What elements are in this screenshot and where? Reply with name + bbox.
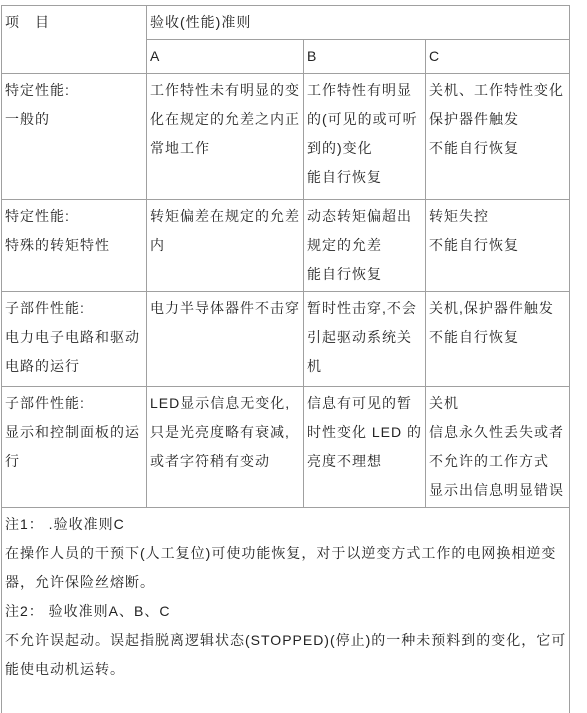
acceptance-criteria-table: 项 目 验收(性能)准则 A B C 特定性能: <box>1 5 570 713</box>
row-label-line: 特殊的转矩特性 <box>5 231 144 260</box>
criteria-c-cell: 关机,保护器件触发 不能自行恢复 <box>426 292 570 387</box>
criteria-b-cell: 动态转矩偏超出规定的允差 能自行恢复 <box>304 200 426 292</box>
note-title: 注2： 验收准则A、B、C <box>5 597 567 626</box>
table-row-subcomponent-power: 子部件性能: 电力电子电路和驱动电路的运行 电力半导体器件不击穿 暂时性击穿,不… <box>2 292 570 387</box>
criteria-text: 电力半导体器件不击穿 <box>150 294 301 323</box>
row-label-line: 子部件性能: <box>5 294 144 323</box>
criteria-b-cell: 信息有可见的暂时性变化 LED 的亮度不理想 <box>304 387 426 508</box>
criteria-text: 转矩失控 <box>429 202 567 231</box>
criteria-text: 关机、工作特性变化保护器件触发 <box>429 76 567 134</box>
criteria-a-cell: 转矩偏差在规定的允差内 <box>147 200 304 292</box>
criteria-text: 不能自行恢复 <box>429 231 567 260</box>
header-col-c-cell: C <box>426 40 570 74</box>
notes-cell: 注1： .验收准则C 在操作人员的干预下(人工复位)可使功能恢复，对于以逆变方式… <box>2 508 570 713</box>
row-label-cell: 子部件性能: 显示和控制面板的运行 <box>2 387 147 508</box>
criteria-text: 动态转矩偏超出规定的允差 <box>307 202 423 260</box>
note-title: 注1： .验收准则C <box>5 510 567 539</box>
criteria-text: 信息永久性丢失或者不允许的工作方式 <box>429 418 567 476</box>
criteria-text: 关机 <box>429 389 567 418</box>
row-label-cell: 子部件性能: 电力电子电路和驱动电路的运行 <box>2 292 147 387</box>
criteria-text: 不能自行恢复 <box>429 323 567 352</box>
row-label-line: 特定性能: <box>5 202 144 231</box>
table-header-row: 项 目 验收(性能)准则 <box>2 6 570 40</box>
col-c-label: C <box>429 42 567 71</box>
criteria-text: LED显示信息无变化,只是光亮度略有衰减,或者字符稍有变动 <box>150 389 301 476</box>
criteria-c-cell: 转矩失控 不能自行恢复 <box>426 200 570 292</box>
table-row-specific-general: 特定性能: 一般的 工作特性未有明显的变化在规定的允差之内正常地工作 工作特性有… <box>2 74 570 200</box>
criteria-b-cell: 工作特性有明显的(可见的或可听到的)变化 能自行恢复 <box>304 74 426 200</box>
criteria-text: 工作特性有明显的(可见的或可听到的)变化 <box>307 76 423 163</box>
criteria-text: 转矩偏差在规定的允差内 <box>150 202 301 260</box>
criteria-text: 信息有可见的暂时性变化 LED 的亮度不理想 <box>307 389 423 476</box>
criteria-text: 显示出信息明显错误 <box>429 476 567 505</box>
criteria-text: 工作特性未有明显的变化在规定的允差之内正常地工作 <box>150 76 301 163</box>
criteria-a-cell: LED显示信息无变化,只是光亮度略有衰减,或者字符稍有变动 <box>147 387 304 508</box>
criteria-text: 能自行恢复 <box>307 260 423 289</box>
note-body: 在操作人员的干预下(人工复位)可使功能恢复，对于以逆变方式工作的电网换相逆变器，… <box>5 539 567 597</box>
note-body: 不允许误起动。误起指脱离逻辑状态(STOPPED)(停止)的一种未预料到的变化，… <box>5 626 567 684</box>
header-col-a-cell: A <box>147 40 304 74</box>
criteria-a-cell: 工作特性未有明显的变化在规定的允差之内正常地工作 <box>147 74 304 200</box>
criteria-text: 暂时性击穿,不会引起驱动系统关机 <box>307 294 423 381</box>
notes-row: 注1： .验收准则C 在操作人员的干预下(人工复位)可使功能恢复，对于以逆变方式… <box>2 508 570 713</box>
criteria-text: 关机,保护器件触发 <box>429 294 567 323</box>
row-label-cell: 特定性能: 特殊的转矩特性 <box>2 200 147 292</box>
header-item-cell: 项 目 <box>2 6 147 74</box>
col-b-label: B <box>307 42 423 71</box>
table-row-subcomponent-display: 子部件性能: 显示和控制面板的运行 LED显示信息无变化,只是光亮度略有衰减,或… <box>2 387 570 508</box>
row-label-line: 特定性能: <box>5 76 144 105</box>
criteria-c-cell: 关机、工作特性变化保护器件触发 不能自行恢复 <box>426 74 570 200</box>
row-label-line: 显示和控制面板的运行 <box>5 418 144 476</box>
table-row-specific-torque: 特定性能: 特殊的转矩特性 转矩偏差在规定的允差内 动态转矩偏超出规定的允差 能… <box>2 200 570 292</box>
document-page: 项 目 验收(性能)准则 A B C 特定性能: <box>0 0 587 713</box>
row-label-cell: 特定性能: 一般的 <box>2 74 147 200</box>
criteria-c-cell: 关机 信息永久性丢失或者不允许的工作方式 显示出信息明显错误 <box>426 387 570 508</box>
col-a-label: A <box>150 42 301 71</box>
header-item-label: 项 目 <box>5 8 144 37</box>
criteria-text: 不能自行恢复 <box>429 134 567 163</box>
criteria-b-cell: 暂时性击穿,不会引起驱动系统关机 <box>304 292 426 387</box>
row-label-line: 子部件性能: <box>5 389 144 418</box>
row-label-line: 一般的 <box>5 105 144 134</box>
criteria-a-cell: 电力半导体器件不击穿 <box>147 292 304 387</box>
criteria-text: 能自行恢复 <box>307 163 423 192</box>
header-criteria-cell: 验收(性能)准则 <box>147 6 570 40</box>
header-criteria-label: 验收(性能)准则 <box>150 8 567 37</box>
header-col-b-cell: B <box>304 40 426 74</box>
row-label-line: 电力电子电路和驱动电路的运行 <box>5 323 144 381</box>
